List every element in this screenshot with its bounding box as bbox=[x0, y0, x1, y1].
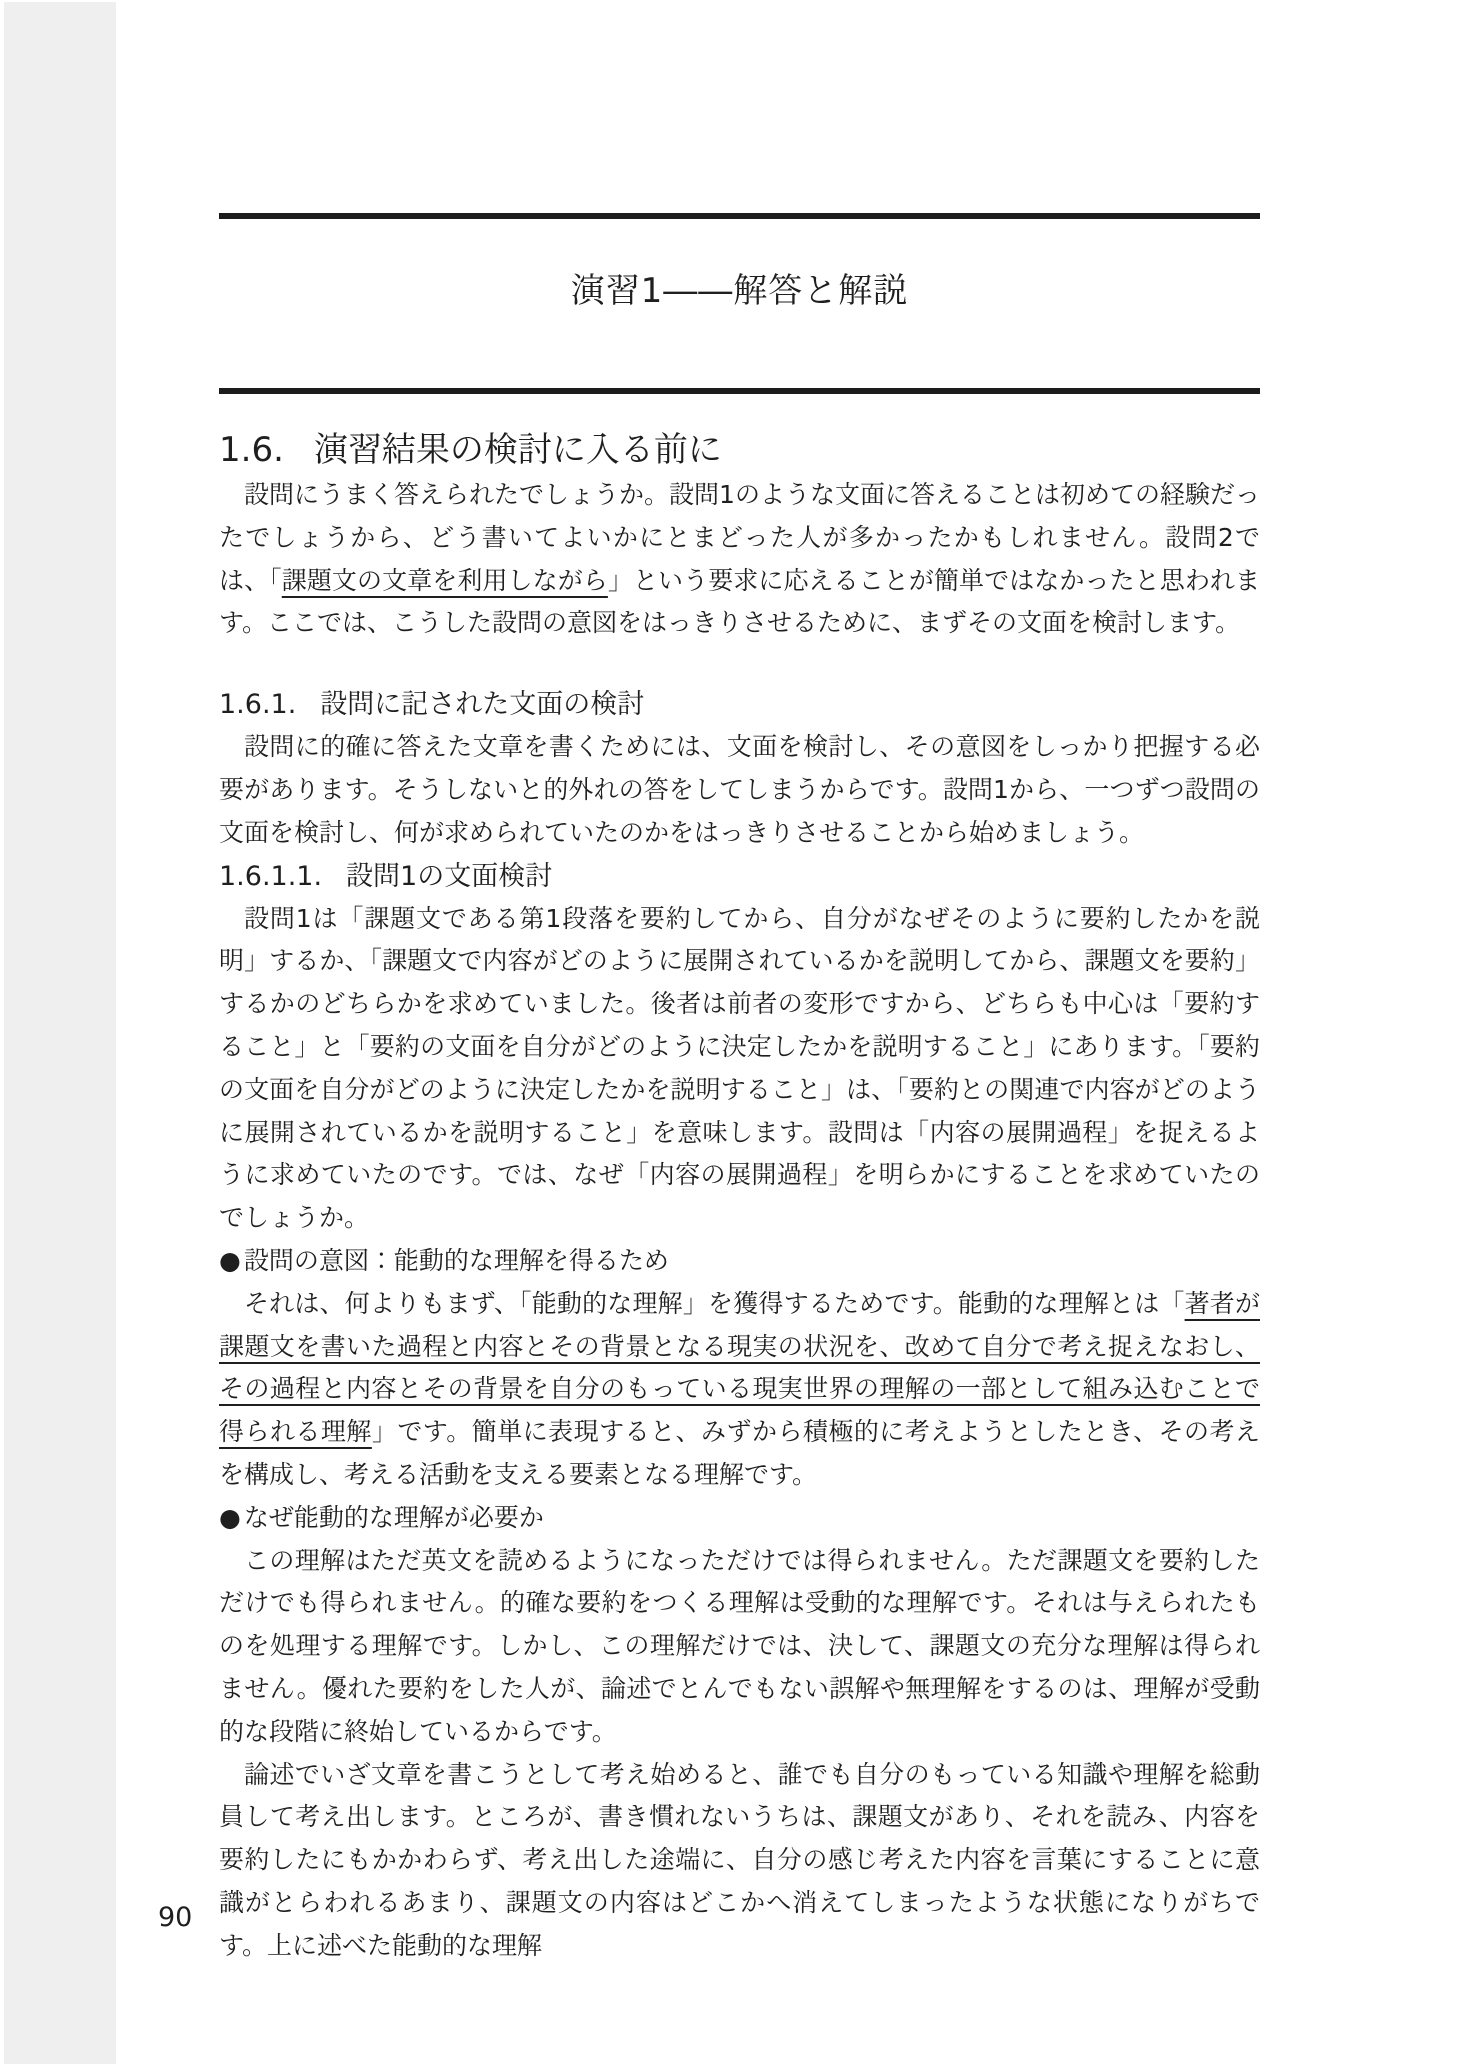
sub-heading-number: 1.6.1. bbox=[219, 689, 296, 720]
paragraph-intro: 設問にうまく答えられたでしょうか。設問1のような文面に答えることは初めての経験だ… bbox=[219, 474, 1260, 645]
title-rule-top bbox=[219, 213, 1260, 219]
text-segment: 論述でいざ文章を書こうとして考え始めると、誰でも自分のもっている知識や理解を総動… bbox=[219, 1760, 1260, 1960]
section-heading-1-6: 1.6.演習結果の検討に入る前に bbox=[219, 428, 1260, 472]
bullet-icon: ● bbox=[219, 1503, 241, 1532]
page-number: 90 bbox=[158, 1900, 192, 1936]
text-segment: それは、何よりもまず、「能動的な理解」を獲得するためです。能動的な理解とは「 bbox=[244, 1289, 1185, 1318]
scan-margin-strip bbox=[4, 2, 116, 2064]
page-content: 演習1――解答と解説 1.6.演習結果の検討に入る前に 設問にうまく答えられたで… bbox=[219, 0, 1260, 1968]
text-segment: 設問1は「課題文である第1段落を要約してから、自分がなぜそのように要約したかを説… bbox=[219, 904, 1260, 1233]
paragraph-why-needed: この理解はただ英文を読めるようになっただけでは得られません。ただ課題文を要約した… bbox=[219, 1540, 1260, 1754]
sub-heading-1-6-1-1: 1.6.1.1.設問1の文面検討 bbox=[219, 855, 1260, 898]
sub-heading-number: 1.6.1.1. bbox=[219, 861, 322, 892]
paragraph-sub1: 設問に的確に答えた文章を書くためには、文面を検討し、その意図をしっかり把握する必… bbox=[219, 726, 1260, 854]
paragraph-sub2: 設問1は「課題文である第1段落を要約してから、自分がなぜそのように要約したかを説… bbox=[219, 898, 1260, 1240]
text-segment: 設問に的確に答えた文章を書くためには、文面を検討し、その意図をしっかり把握する必… bbox=[219, 732, 1260, 847]
sub-heading-label: 設問に記された文面の検討 bbox=[320, 689, 644, 720]
sub-heading-1-6-1: 1.6.1.設問に記された文面の検討 bbox=[219, 683, 1260, 726]
underlined-text-segment: 課題文の文章を利用しながら bbox=[282, 566, 608, 595]
section-number: 1.6. bbox=[219, 430, 284, 470]
bullet-heading-why: ●なぜ能動的な理解が必要か bbox=[219, 1497, 1260, 1540]
text-segment: 」です。簡単に表現すると、みずから積極的に考えようとしたとき、その考えを構成し、… bbox=[219, 1417, 1260, 1489]
title-rule-bottom bbox=[219, 388, 1260, 394]
section-label: 演習結果の検討に入る前に bbox=[314, 430, 722, 470]
paragraph-active-understanding: それは、何よりもまず、「能動的な理解」を獲得するためです。能動的な理解とは「著者… bbox=[219, 1283, 1260, 1497]
text-segment: この理解はただ英文を読めるようになっただけでは得られません。ただ課題文を要約した… bbox=[219, 1546, 1260, 1746]
bullet-label: なぜ能動的な理解が必要か bbox=[244, 1503, 544, 1532]
sub-heading-label: 設問1の文面検討 bbox=[346, 861, 552, 892]
bullet-icon: ● bbox=[219, 1246, 241, 1275]
bullet-label: 設問の意図：能動的な理解を得るため bbox=[244, 1246, 669, 1275]
document-title: 演習1――解答と解説 bbox=[219, 271, 1260, 311]
paragraph-closing: 論述でいざ文章を書こうとして考え始めると、誰でも自分のもっている知識や理解を総動… bbox=[219, 1754, 1260, 1968]
bullet-heading-intent: ●設問の意図：能動的な理解を得るため bbox=[219, 1240, 1260, 1283]
